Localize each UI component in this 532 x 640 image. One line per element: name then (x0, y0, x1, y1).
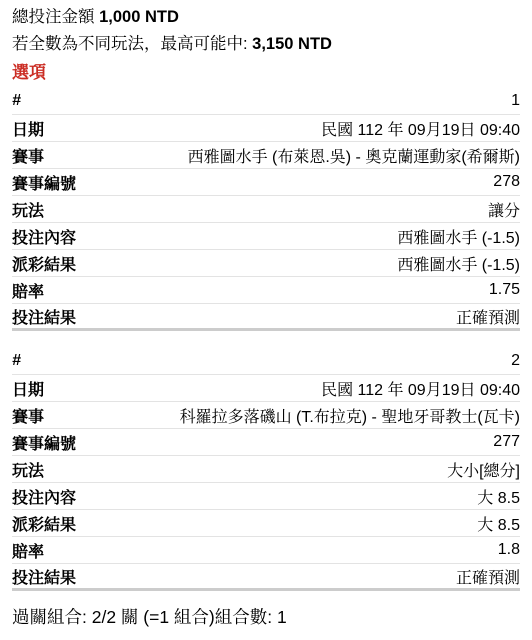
table-row: 投注內容 大 8.5 (12, 483, 520, 510)
row-label: 投注內容 (12, 485, 76, 508)
table-row: 賽事編號 277 (12, 429, 520, 456)
row-value: 大小[總分] (44, 458, 520, 481)
row-label: 玩法 (12, 458, 44, 481)
row-value: 277 (76, 433, 520, 451)
table-row: 賽事編號 278 (12, 169, 520, 196)
row-value: 1.8 (44, 541, 520, 559)
table-row: 賠率 1.75 (12, 277, 520, 304)
table-row: 賽事 西雅圖水手 (布萊恩.吳) - 奧克蘭運動家(希爾斯) (12, 142, 520, 169)
row-label: 賽事 (12, 144, 44, 167)
row-label: 賠率 (12, 539, 44, 562)
bet-block-1: # 1 日期 民國 112 年 09月19日 09:40 賽事 西雅圖水手 (布… (12, 88, 520, 331)
row-value: 讓分 (44, 198, 520, 221)
row-label: 投注結果 (12, 305, 76, 328)
bet-block-2: # 2 日期 民國 112 年 09月19日 09:40 賽事 科羅拉多落磯山 … (12, 348, 520, 591)
row-label: 玩法 (12, 198, 44, 221)
total-bet-value: 1,000 NTD (99, 8, 179, 26)
row-value: 西雅圖水手 (-1.5) (76, 252, 520, 275)
table-row: # 2 (12, 348, 520, 375)
table-row: 投注結果 正確預測 (12, 304, 520, 331)
options-section-title: 選項 (12, 60, 520, 86)
table-row: 賠率 1.8 (12, 537, 520, 564)
row-label: 賠率 (12, 279, 44, 302)
max-win-value: 3,150 NTD (252, 35, 332, 53)
row-label: 投注結果 (12, 565, 76, 588)
row-value: 西雅圖水手 (-1.5) (76, 225, 520, 248)
row-value: 正確預測 (76, 565, 520, 588)
row-value: 1 (21, 92, 520, 110)
row-label: # (12, 92, 21, 110)
row-value: 278 (76, 173, 520, 191)
table-row: # 1 (12, 88, 520, 115)
row-label: 投注內容 (12, 225, 76, 248)
table-row: 日期 民國 112 年 09月19日 09:40 (12, 115, 520, 142)
table-row: 日期 民國 112 年 09月19日 09:40 (12, 375, 520, 402)
total-bet-line: 總投注金額 1,000 NTD (12, 4, 520, 31)
total-bet-label: 總投注金額 (12, 8, 99, 26)
row-value: 科羅拉多落磯山 (T.布拉克) - 聖地牙哥教士(瓦卡) (44, 404, 520, 427)
row-value: 西雅圖水手 (布萊恩.吳) - 奧克蘭運動家(希爾斯) (44, 144, 520, 167)
row-value: 大 8.5 (76, 512, 520, 535)
row-label: 派彩結果 (12, 512, 76, 535)
table-row: 投注內容 西雅圖水手 (-1.5) (12, 223, 520, 250)
max-win-line: 若全數為不同玩法，最高可能中: 3,150 NTD (12, 31, 520, 58)
table-row: 玩法 大小[總分] (12, 456, 520, 483)
max-win-label: 若全數為不同玩法，最高可能中: (12, 35, 252, 53)
table-row: 投注結果 正確預測 (12, 564, 520, 591)
table-row: 派彩結果 大 8.5 (12, 510, 520, 537)
row-label: 派彩結果 (12, 252, 76, 275)
table-row: 派彩結果 西雅圖水手 (-1.5) (12, 250, 520, 277)
row-label: 日期 (12, 117, 44, 140)
row-value: 正確預測 (76, 305, 520, 328)
row-value: 民國 112 年 09月19日 09:40 (44, 117, 520, 140)
bet-detail-page: 總投注金額 1,000 NTD 若全數為不同玩法，最高可能中: 3,150 NT… (0, 0, 532, 629)
row-label: 賽事編號 (12, 431, 76, 454)
row-label: 賽事 (12, 404, 44, 427)
row-label: 日期 (12, 377, 44, 400)
row-value: 1.75 (44, 281, 520, 299)
table-row: 玩法 讓分 (12, 196, 520, 223)
table-row: 賽事 科羅拉多落磯山 (T.布拉克) - 聖地牙哥教士(瓦卡) (12, 402, 520, 429)
row-value: 大 8.5 (76, 485, 520, 508)
row-label: # (12, 352, 21, 370)
parlay-combo-summary: 過關組合: 2/2 關 (=1 組合)組合數: 1 (12, 605, 520, 629)
row-value: 民國 112 年 09月19日 09:40 (44, 377, 520, 400)
row-label: 賽事編號 (12, 171, 76, 194)
row-value: 2 (21, 352, 520, 370)
